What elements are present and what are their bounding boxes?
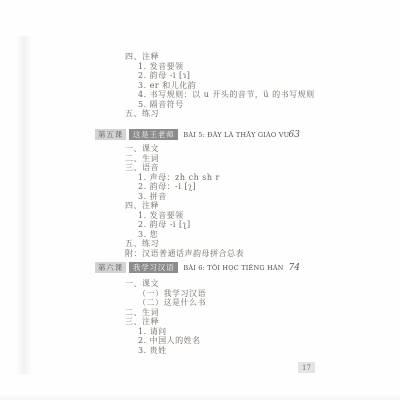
lesson-title-badge: 这是王老师	[129, 129, 179, 141]
page-number-badge: 17	[298, 362, 315, 373]
toc-line: 一、课文	[125, 144, 244, 154]
toc-line: 二、生词	[125, 308, 206, 318]
toc-line: 1. 发音要领	[138, 62, 315, 72]
toc-line: 1. 请问	[138, 327, 206, 337]
lesson-subtitle: BÀI 6: TÔI HỌC TIẾNG HÁN	[183, 264, 288, 272]
toc-line: 一、课文	[125, 279, 206, 289]
toc-line: 4. 书写规则：以 u 开头的音节，ü 的书写规则	[138, 90, 315, 100]
toc-line: 1. 发音要领	[138, 211, 244, 221]
lesson-page-number: 74	[289, 263, 300, 273]
lesson-title-badge: 我学习汉语	[129, 262, 179, 274]
book-page: 四、注释 1. 发音要领 2. 韵母 -i [ɿ] 3. er 和儿化韵 4. …	[0, 0, 400, 400]
toc-line: 3. 拼音	[138, 192, 244, 202]
toc-line: 1. 声母：zh ch sh r	[138, 173, 244, 183]
lesson-page-number: 63	[289, 130, 300, 140]
toc-line: 五、练习	[125, 109, 315, 119]
toc-line: 2. 韵母：-i [ʅ]	[138, 182, 244, 192]
toc-line: 2. 韵母 -i [ɿ]	[138, 71, 315, 81]
toc-line: 3. 贵姓	[138, 346, 206, 356]
toc-line: 附：汉语普通话声韵母拼合总表	[125, 249, 244, 259]
toc-line: 四、注释	[125, 52, 315, 62]
lesson-subtitle: BÀI 5: ĐÂY LÀ THẦY GIÁO VƯƠNG	[183, 131, 288, 139]
lesson-6-header: 第六课 我学习汉语 BÀI 6: TÔI HỌC TIẾNG HÁN 74	[95, 262, 300, 273]
toc-line: 四、注释	[125, 201, 244, 211]
toc-line: 2. 韵母 -i [ʅ]	[138, 220, 244, 230]
toc-line: 三、注释	[125, 317, 206, 327]
toc-line: 二、生词	[125, 154, 244, 164]
page-gutter-shadow	[16, 36, 32, 374]
page-bottom-shadow	[0, 392, 400, 400]
toc-line: 3. 您	[138, 230, 244, 240]
toc-line: 3. er 和儿化韵	[138, 81, 315, 91]
lesson-number-badge: 第五课	[95, 129, 126, 141]
toc-block-lesson-6: 一、课文 （一）我学习汉语 （二）这是什么书 二、生词 三、注释 1. 请问 2…	[125, 279, 206, 355]
toc-line: 5. 隔音符号	[138, 100, 315, 110]
lesson-5-header: 第五课 这是王老师 BÀI 5: ĐÂY LÀ THẦY GIÁO VƯƠNG …	[95, 129, 300, 140]
toc-block-lesson-5: 一、课文 二、生词 三、语音 1. 声母：zh ch sh r 2. 韵母：-i…	[125, 144, 244, 258]
toc-line: 2. 中国人的姓名	[138, 336, 206, 346]
toc-line: （一）我学习汉语	[138, 289, 206, 299]
toc-line: 三、语音	[125, 163, 244, 173]
toc-block-previous-lesson: 四、注释 1. 发音要领 2. 韵母 -i [ɿ] 3. er 和儿化韵 4. …	[125, 52, 315, 119]
toc-line: 五、练习	[125, 239, 244, 249]
lesson-number-badge: 第六课	[95, 262, 126, 274]
toc-line: （二）这是什么书	[138, 298, 206, 308]
